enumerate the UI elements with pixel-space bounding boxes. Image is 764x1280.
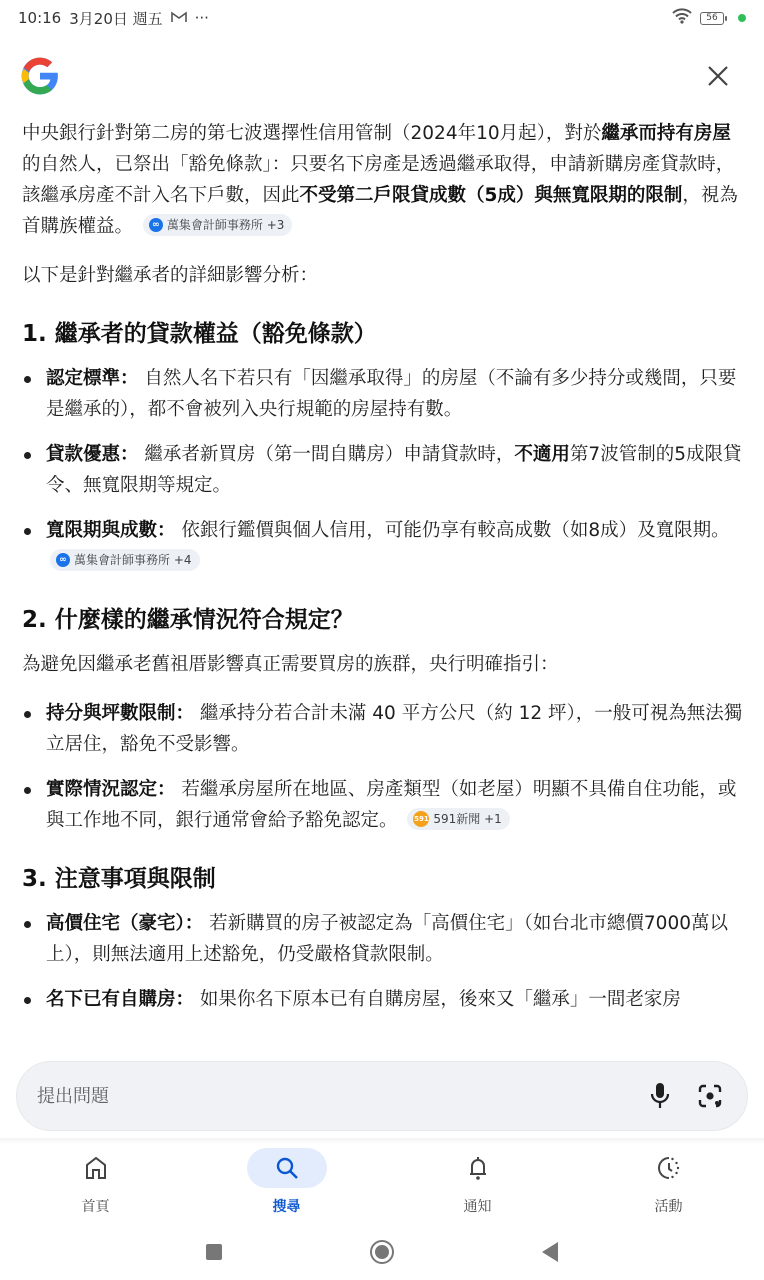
recents-button[interactable] [200,1238,228,1266]
bullet-list: 高價住宅（豪宅）： 若新購買的房子被認定為「高價住宅」（如台北市總價7000萬以… [22,908,746,1015]
google-g-logo [18,54,62,98]
list-item: 持分與坪數限制： 繼承持分若合計未滿 40 平方公尺（約 12 坪），一般可視為… [22,698,746,760]
list-item: 貸款優惠： 繼承者新買房（第一間自購房）申請貸款時，不適用第7波管制的5成限貸令… [22,439,746,501]
wifi-icon [672,8,692,28]
close-button[interactable] [702,60,734,92]
google-lens-icon [697,1083,723,1109]
home-icon [56,1148,136,1188]
section-heading: 2. 什麼樣的繼承情況符合規定？ [22,603,746,637]
system-navigation [0,1232,764,1272]
link-icon: ∞ [149,218,163,232]
status-time: 10:16 [18,9,61,27]
ai-answer-content: 中央銀行針對第二房的第七波選擇性信用管制（2024年10月起），對於繼承而持有房… [22,118,746,1029]
status-date: 3月20日 週五 [69,8,162,29]
source-chip[interactable]: 591591新聞 +1 [407,808,509,830]
bottom-navigation: 首頁 搜尋 通知 活動 [0,1148,764,1228]
close-icon [706,64,730,88]
section-heading: 3. 注意事項與限制 [22,862,746,896]
gmail-icon [171,9,187,27]
app-header [0,48,764,104]
home-circle-icon [369,1239,395,1265]
battery-icon: 56 [700,12,724,25]
section-heading: 1. 繼承者的貸款權益（豁免條款） [22,317,746,351]
more-icon: ··· [195,9,209,27]
privacy-indicator-dot [738,14,746,22]
home-button[interactable] [368,1238,396,1266]
back-button[interactable] [536,1238,564,1266]
list-item: 實際情況認定： 若繼承房屋所在地區、房產類型（如老屋）明顯不具備自住功能，或與工… [22,774,746,836]
link-icon: ∞ [56,553,70,567]
list-item: 認定標準： 自然人名下若只有「因繼承取得」的房屋（不論有多少持分或幾間，只要是繼… [22,363,746,425]
bullet-list: 持分與坪數限制： 繼承持分若合計未滿 40 平方公尺（約 12 坪），一般可視為… [22,698,746,836]
591-news-icon: 591 [413,811,429,827]
status-bar: 10:16 3月20日 週五 ··· 56 [0,0,764,36]
section-lead: 為避免因繼承老舊祖厝影響真正需要買房的族群，央行明確指引： [22,649,746,680]
bullet-list: 認定標準： 自然人名下若只有「因繼承取得」的房屋（不論有多少持分或幾間，只要是繼… [22,363,746,577]
nav-item-activity[interactable]: 活動 [573,1148,764,1228]
nav-item-search[interactable]: 搜尋 [191,1148,382,1228]
ask-input[interactable] [37,1086,627,1107]
list-item: 名下已有自購房： 如果你名下原本已有自購房屋，後來又「繼承」一間老家房 [22,984,746,1015]
divider [0,1138,764,1144]
source-chip[interactable]: ∞萬集會計師事務所 +3 [143,214,293,236]
recents-icon [205,1243,223,1261]
source-chip[interactable]: ∞萬集會計師事務所 +4 [50,549,200,571]
list-item: 高價住宅（豪宅）： 若新購買的房子被認定為「高價住宅」（如台北市總價7000萬以… [22,908,746,970]
bell-icon [438,1148,518,1188]
list-item: 寬限期與成數： 依銀行鑑價與個人信用，可能仍享有較高成數（如8成）及寬限期。 ∞… [22,515,746,577]
nav-item-notifications[interactable]: 通知 [382,1148,573,1228]
intro-paragraph: 中央銀行針對第二房的第七波選擇性信用管制（2024年10月起），對於繼承而持有房… [22,118,746,242]
microphone-button[interactable] [643,1079,677,1113]
microphone-icon [649,1082,671,1110]
lead-paragraph: 以下是針對繼承者的詳細影響分析： [22,260,746,291]
search-icon [247,1148,327,1188]
back-triangle-icon [541,1241,559,1263]
google-lens-button[interactable] [693,1079,727,1113]
nav-item-home[interactable]: 首頁 [0,1148,191,1228]
activity-icon [629,1148,709,1188]
ask-bar [16,1061,748,1131]
